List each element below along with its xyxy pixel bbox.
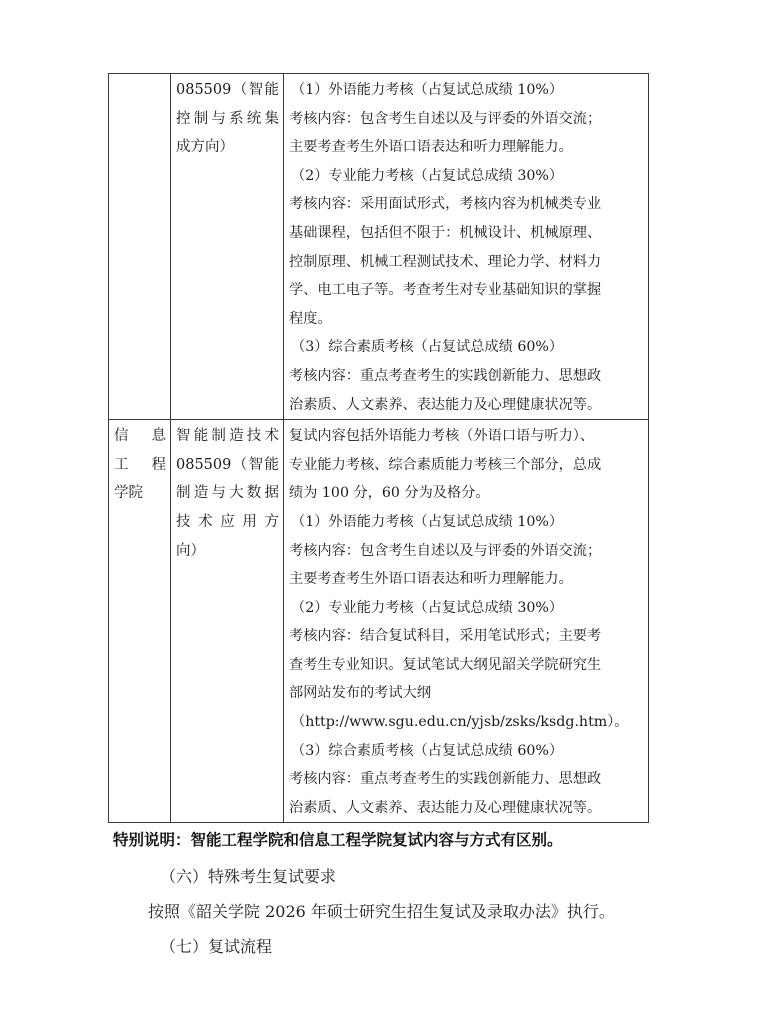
document-page: 085509（智能 控制与系统集 成方向） （1）外语能力考核（占复试总成绩 1… xyxy=(0,0,772,1036)
department-cell: 信 息 工 程 学院 xyxy=(109,420,171,823)
content-line: （3）综合素质考核（占复试总成绩 60%） xyxy=(289,333,644,362)
content-line: 考核内容：包含考生自述以及与评委的外语交流； xyxy=(289,105,644,134)
major-cell: 085509（智能 控制与系统集 成方向） xyxy=(171,74,284,420)
department-text-line: 学院 xyxy=(114,479,166,508)
major-text-line: 制造与大数据 xyxy=(176,479,279,508)
content-line: 考核内容：重点考查考生的实践创新能力、思想政 xyxy=(289,362,644,391)
department-cell xyxy=(109,74,171,420)
department-text-line: 工 程 xyxy=(114,451,166,480)
content-line: （1）外语能力考核（占复试总成绩 10%） xyxy=(289,76,644,105)
content-line: 控制原理、机械工程测试技术、理论力学、材料力 xyxy=(289,248,644,277)
section-heading-retest-process: （七）复试流程 xyxy=(160,934,272,957)
content-line: （2）专业能力考核（占复试总成绩 30%） xyxy=(289,162,644,191)
content-line: 考核内容：结合复试科目，采用笔试形式；主要考 xyxy=(289,622,644,651)
content-line: 程度。 xyxy=(289,305,644,334)
special-note: 特别说明：智能工程学院和信息工程学院复试内容与方式有区别。 xyxy=(113,828,563,850)
content-cell: 复试内容包括外语能力考核（外语口语与听力）、 专业能力考核、综合素质能力考核三个… xyxy=(284,420,649,823)
content-line: （1）外语能力考核（占复试总成绩 10%） xyxy=(289,508,644,537)
content-line: 考核内容：重点考查考生的实践创新能力、思想政 xyxy=(289,765,644,794)
content-line: 考核内容：包含考生自述以及与评委的外语交流； xyxy=(289,537,644,566)
content-line: 治素质、人文素养、表达能力及心理健康状况等。 xyxy=(289,391,644,420)
retest-content-table: 085509（智能 控制与系统集 成方向） （1）外语能力考核（占复试总成绩 1… xyxy=(108,73,649,823)
content-line-url: （http://www.sgu.edu.cn/yjsb/zsks/ksdg.ht… xyxy=(289,708,644,737)
content-line: （2）专业能力考核（占复试总成绩 30%） xyxy=(289,594,644,623)
content-line: 治素质、人文素养、表达能力及心理健康状况等。 xyxy=(289,794,644,823)
major-text-line: 技术应用方 xyxy=(176,508,279,537)
content-line: 绩为 100 分，60 分为及格分。 xyxy=(289,479,644,508)
table-row: 085509（智能 控制与系统集 成方向） （1）外语能力考核（占复试总成绩 1… xyxy=(109,74,649,420)
content-line: 主要考查考生外语口语表达和听力理解能力。 xyxy=(289,565,644,594)
major-text-line: 085509（智能 xyxy=(176,76,279,105)
content-line: 考核内容：采用面试形式，考核内容为机械类专业 xyxy=(289,190,644,219)
content-line: 学、电工电子等。考查考生对专业基础知识的掌握 xyxy=(289,276,644,305)
content-line: 复试内容包括外语能力考核（外语口语与听力）、 xyxy=(289,422,644,451)
major-text-line: 085509（智能 xyxy=(176,451,279,480)
major-cell: 智能制造技术 085509（智能 制造与大数据 技术应用方 向） xyxy=(171,420,284,823)
major-text-line: 控制与系统集 xyxy=(176,105,279,134)
content-line: 专业能力考核、综合素质能力考核三个部分，总成 xyxy=(289,451,644,480)
major-text-line: 智能制造技术 xyxy=(176,422,279,451)
content-line: 部网站发布的考试大纲 xyxy=(289,679,644,708)
major-text-line: 成方向） xyxy=(176,133,279,162)
major-text-line: 向） xyxy=(176,537,279,566)
department-text-line: 信 息 xyxy=(114,422,166,451)
content-line: 基础课程，包括但不限于：机械设计、机械原理、 xyxy=(289,219,644,248)
content-line: 主要考查考生外语口语表达和听力理解能力。 xyxy=(289,133,644,162)
content-line: 查考生专业知识。复试笔试大纲见韶关学院研究生 xyxy=(289,651,644,680)
table-row: 信 息 工 程 学院 智能制造技术 085509（智能 制造与大数据 技术应用方… xyxy=(109,420,649,823)
content-cell: （1）外语能力考核（占复试总成绩 10%） 考核内容：包含考生自述以及与评委的外… xyxy=(284,74,649,420)
content-line: （3）综合素质考核（占复试总成绩 60%） xyxy=(289,737,644,766)
section-paragraph: 按照《韶关学院 2026 年硕士研究生招生复试及录取办法》执行。 xyxy=(148,899,615,922)
section-heading-special-candidates: （六）特殊考生复试要求 xyxy=(160,864,336,887)
